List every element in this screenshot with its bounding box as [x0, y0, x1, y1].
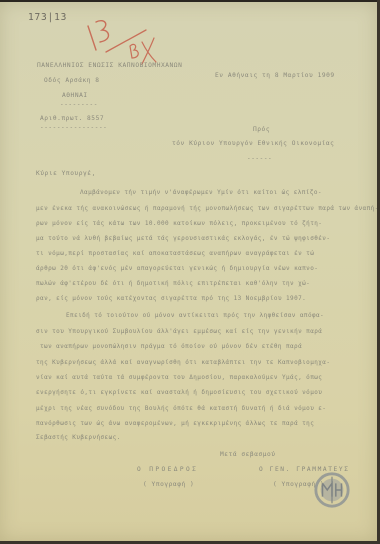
body-line: πωλών άφ'ετέρου δέ ότι ή δημοτική πόλις … [36, 281, 310, 287]
signatory-president-role: ( Υπογραφή ) [143, 482, 194, 488]
dateline: Εν Αθήναις τη 8 Μαρτίου 1909 [215, 73, 335, 79]
body-line: ενεργήσητε ό,τι εγκρίνετε καί ανασταλή ή… [36, 390, 322, 396]
document-page: 173|13 ΠΑΝΕΛΛΗΝΙΟΣ ΕΝΩΣΙΣ ΚΑΠΝΟΒΙΟΜΗΧΑΝΩ… [0, 2, 377, 541]
body-line: ραν, είς μόνον τούς κατέχοντας σιγαρέττα… [36, 296, 306, 302]
protocol-number: Αριθ.πρωτ. 8557 [40, 116, 104, 122]
sender-city: ΑΘΗΝΑΙ [62, 93, 88, 99]
sender-organization: ΠΑΝΕΛΛΗΝΙΟΣ ΕΝΩΣΙΣ ΚΑΠΝΟΒΙΟΜΗΧΑΝΩΝ [37, 63, 182, 69]
body-line: τι νόμω,περί προστασίας καί αποκαταστάσε… [36, 251, 314, 257]
salutation: Κύριε Υπουργέ, [36, 171, 96, 177]
body-line: μα τούτο νά λυθή βεβαίως μετά τάς γερουσ… [36, 236, 330, 242]
handwritten-annotation-icon [84, 16, 164, 66]
archive-reference: 173|13 [28, 12, 67, 23]
body-line: νίαν καί αυτά ταύτα τά συμφέροντα του Δη… [36, 375, 322, 381]
body-line: μέχρι της νέας συνόδου της Βουλής όπότε … [36, 406, 326, 412]
body-line: ρων μόνον είς τάς κάτω των 10.000 κατοίκ… [36, 221, 322, 227]
body-line: Σεβαστής Κυβερνήσεως. [36, 435, 121, 441]
body-line: μεν ένεκα τής ανακοινώσεως ή παραμονή τή… [36, 206, 379, 212]
body-line: πανόρθωσις των ώς άνω αναφερομένων, μή ε… [36, 421, 314, 427]
signatory-president-title: Ο ΠΡΟΕΔΡΟΣ [137, 467, 198, 473]
sender-street: Οδός Αρσάκη 8 [44, 78, 100, 84]
body-line: Επειδή τό τοιούτον ού μόνον αντίκειται π… [66, 313, 324, 319]
body-line: άρθρω 20 ότι άφ'ενός μέν απαγορεύεται γε… [36, 266, 318, 272]
city-underline: --------- [60, 102, 98, 108]
closing: Μετά σεβασμού [220, 452, 276, 458]
protocol-underline: ---------------- [40, 125, 107, 131]
body-line: των αναπήρων μονοπώλησιν πράγμα τό όποίο… [40, 344, 302, 350]
body-line: σιν του Υπουργικού Συμβουλίου άλλ'άγει ε… [36, 329, 322, 335]
recipient-name: τόν Κύριον Υπουργόν Εθνικής Οικονομίας [172, 141, 334, 147]
body-line: Λαμβάνομεν τήν τιμήν ν'άναφέρωμεν Υμίν ό… [80, 190, 322, 196]
recipient-underline: ------ [247, 156, 272, 162]
body-line: της Κυβερνήσεως άλλά καί αναγνωρίσθη ότι… [36, 360, 330, 366]
archive-stamp-icon [313, 471, 351, 509]
recipient-prefix: Πρός [253, 127, 270, 133]
